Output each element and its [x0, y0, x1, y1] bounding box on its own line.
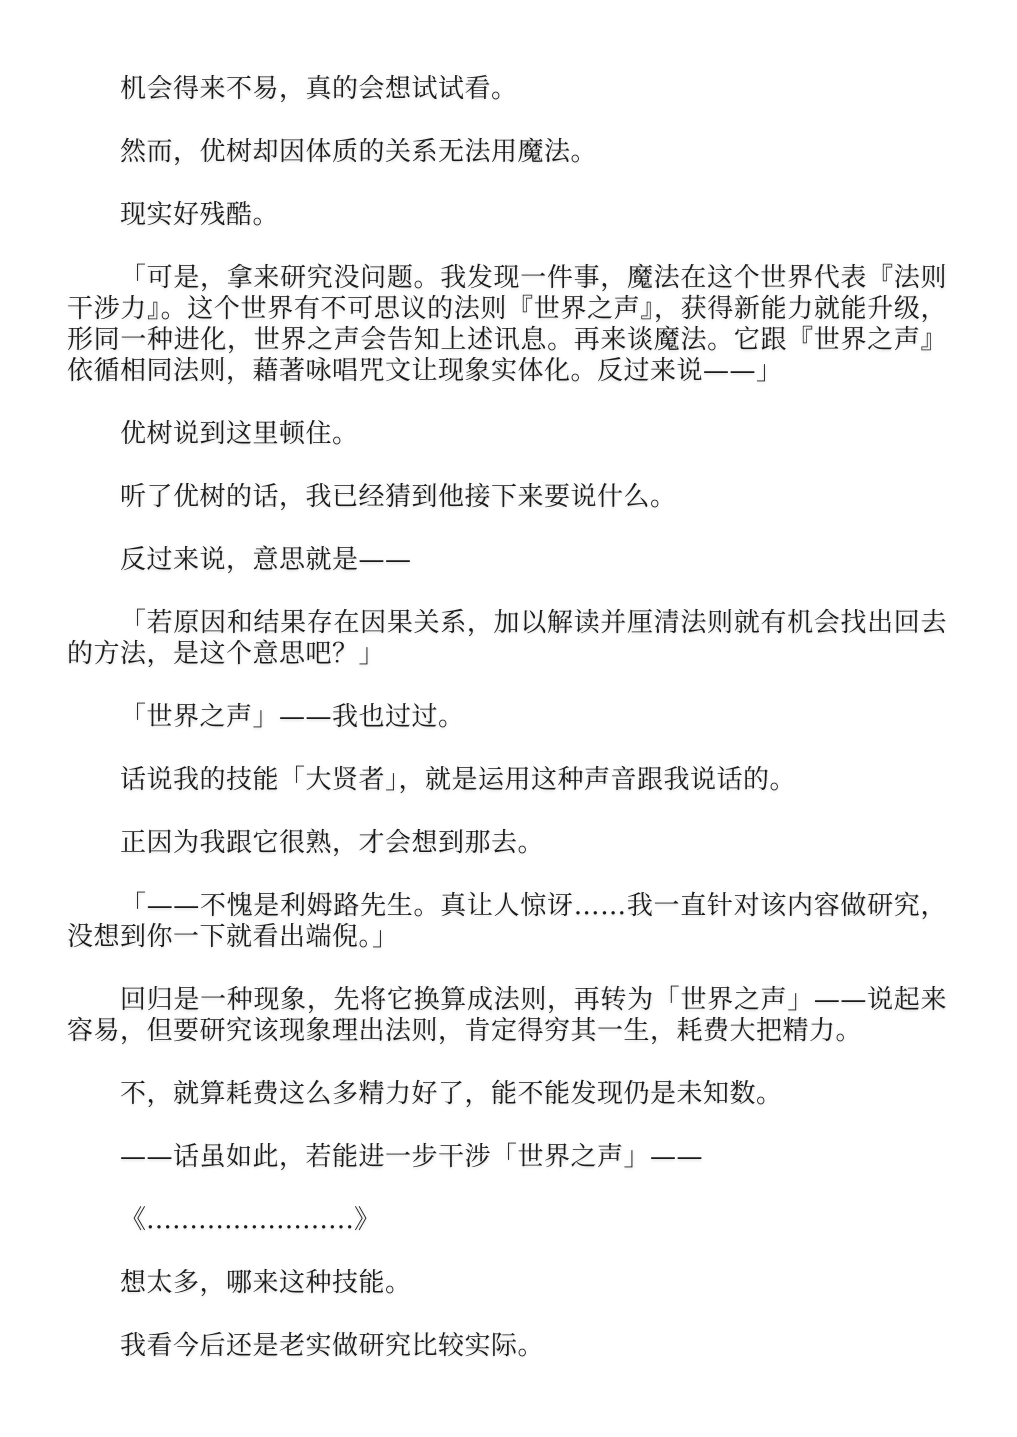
paragraph-1: 机会得来不易，真的会想试试看。 — [67, 74, 947, 105]
paragraph-6: 听了优树的话，我已经猜到他接下来要说什么。 — [67, 482, 947, 513]
paragraph-5: 优树说到这里顿住。 — [67, 419, 947, 450]
paragraph-9: 「世界之声」——我也过过。 — [67, 702, 947, 733]
paragraph-8-dialogue: 「若原因和结果存在因果关系，加以解读并厘清法则就有机会找出回去的方法，是这个意思… — [67, 608, 947, 670]
paragraph-14: 不，就算耗费这么多精力好了，能不能发现仍是未知数。 — [67, 1079, 947, 1110]
paragraph-3: 现实好残酷。 — [67, 200, 947, 231]
paragraph-7: 反过来说，意思就是—— — [67, 545, 947, 576]
paragraph-13: 回归是一种现象，先将它换算成法则，再转为「世界之声」——说起来容易，但要研究该现… — [67, 985, 947, 1047]
paragraph-4-dialogue: 「可是，拿来研究没问题。我发现一件事，魔法在这个世界代表『法则干涉力』。这个世界… — [67, 263, 947, 387]
paragraph-12-dialogue: 「——不愧是利姆路先生。真让人惊讶……我一直针对该内容做研究，没想到你一下就看出… — [67, 891, 947, 953]
paragraph-15: ——话虽如此，若能进一步干涉「世界之声」—— — [67, 1142, 947, 1173]
paragraph-18: 我看今后还是老实做研究比较实际。 — [67, 1331, 947, 1362]
paragraph-11: 正因为我跟它很熟，才会想到那去。 — [67, 828, 947, 859]
paragraph-16-system-voice: 《……………………》 — [67, 1205, 947, 1236]
paragraph-2: 然而，优树却因体质的关系无法用魔法。 — [67, 137, 947, 168]
document-page: 机会得来不易，真的会想试试看。 然而，优树却因体质的关系无法用魔法。 现实好残酷… — [67, 74, 947, 1394]
paragraph-17: 想太多，哪来这种技能。 — [67, 1268, 947, 1299]
paragraph-10: 话说我的技能「大贤者」，就是运用这种声音跟我说话的。 — [67, 765, 947, 796]
